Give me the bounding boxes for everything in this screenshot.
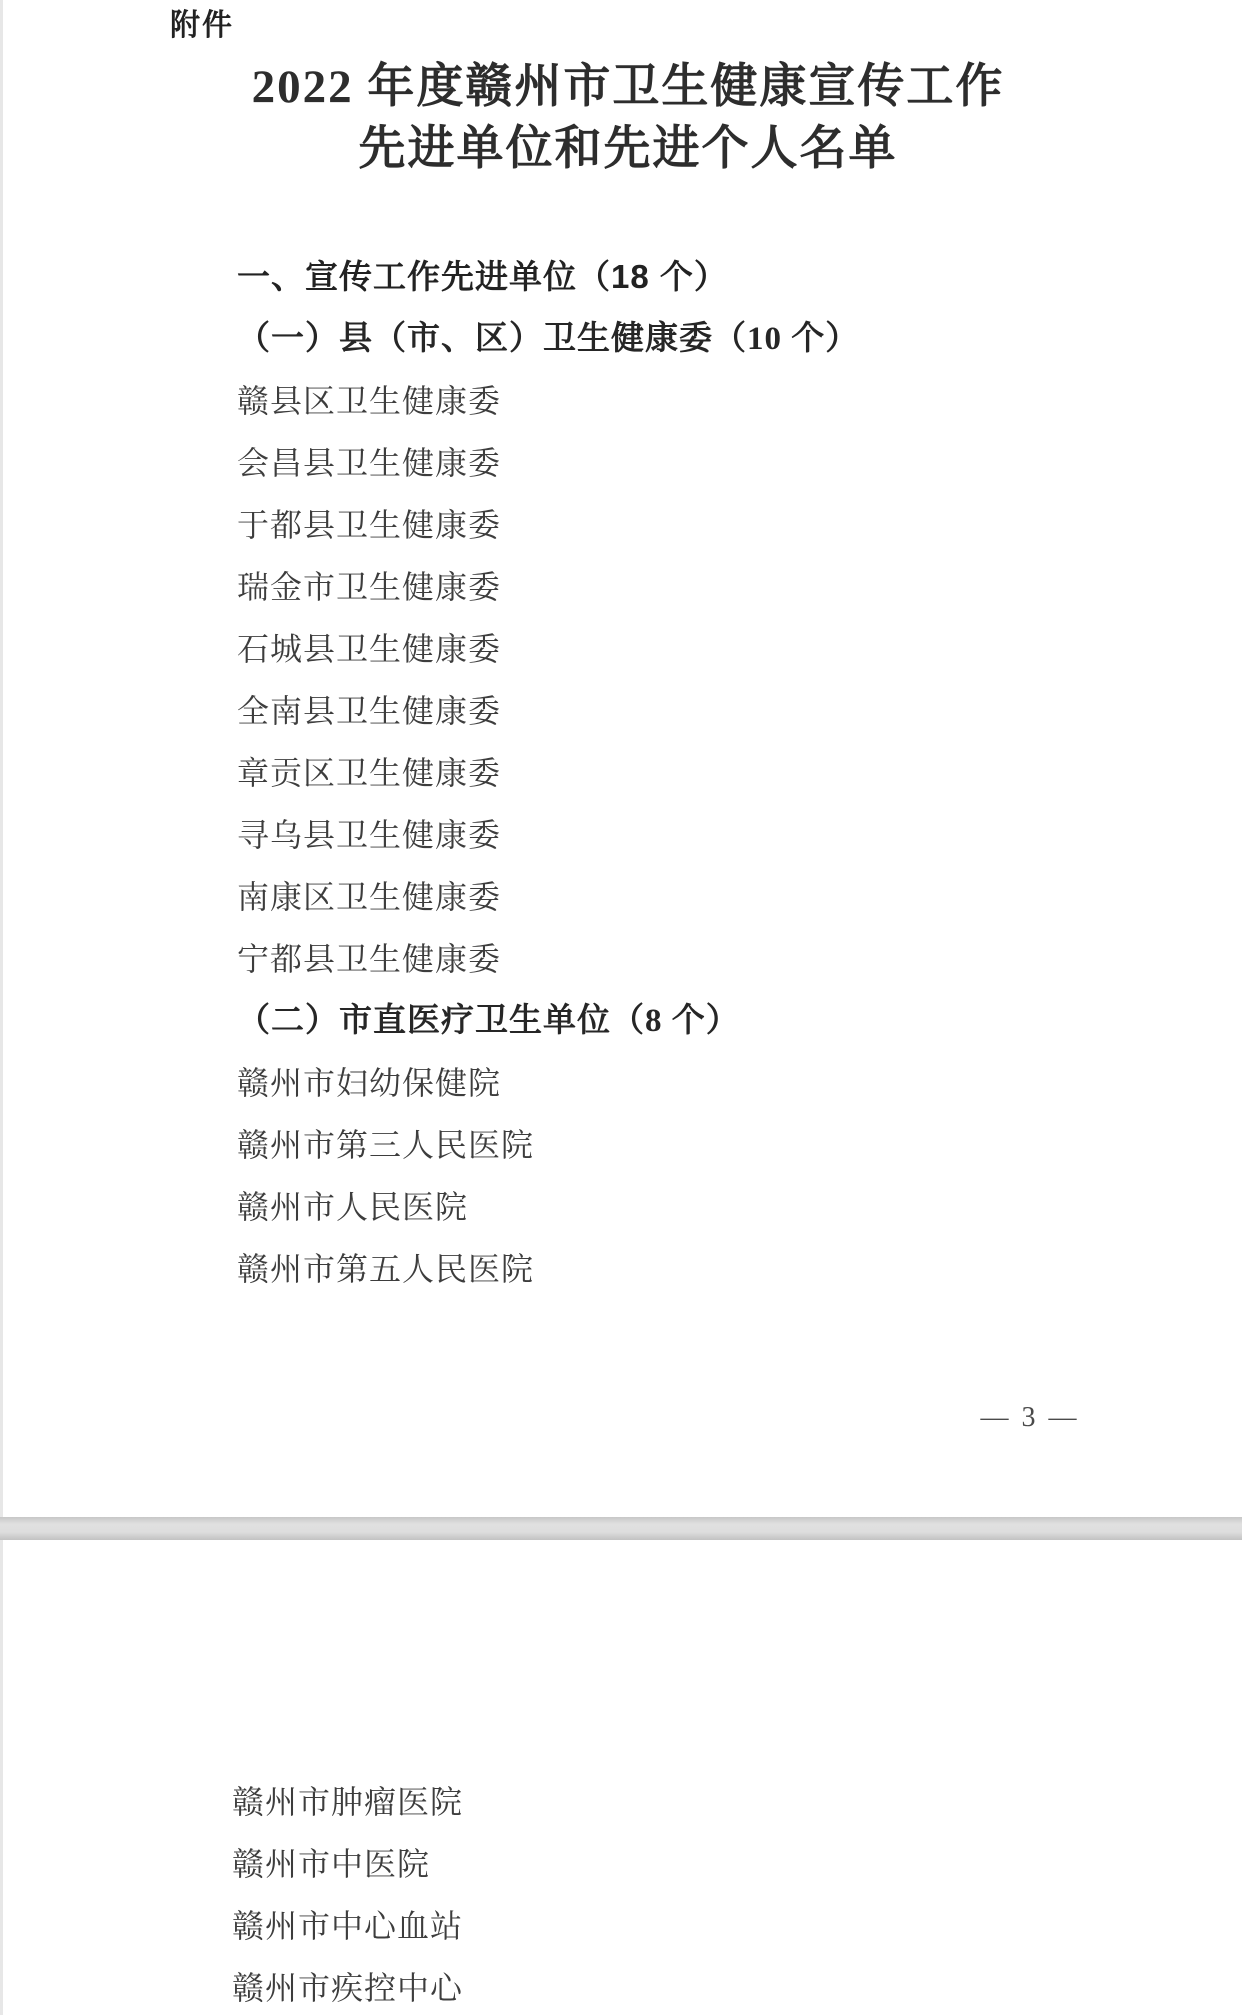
list-item: 石城县卫生健康委: [237, 618, 1137, 680]
subsection-1-heading: （一）县（市、区）卫生健康委（10 个）: [237, 308, 1137, 370]
document-page-1: 附件 2022 年度赣州市卫生健康宣传工作 先进单位和先进个人名单 一、宣传工作…: [0, 0, 1242, 1517]
section-1-heading: 一、宣传工作先进单位（18 个）: [237, 246, 1137, 308]
document-title-line-2: 先进单位和先进个人名单: [14, 118, 1242, 180]
list-item: 赣州市中医院: [232, 1833, 463, 1895]
document-page-2: 赣州市肿瘤医院 赣州市中医院 赣州市中心血站 赣州市疾控中心: [0, 1540, 1242, 2015]
list-item: 于都县卫生健康委: [237, 494, 1137, 556]
attachment-label: 附件: [170, 6, 234, 46]
list-item: 全南县卫生健康委: [237, 680, 1137, 742]
list-item: 赣州市肿瘤医院: [232, 1771, 463, 1833]
list-item: 赣州市妇幼保健院: [237, 1052, 1137, 1114]
list-item: 南康区卫生健康委: [237, 866, 1137, 928]
list-item: 瑞金市卫生健康委: [237, 556, 1137, 618]
list-item: 赣州市人民医院: [237, 1176, 1137, 1238]
list-item: 赣州市第三人民医院: [237, 1114, 1137, 1176]
document-title: 2022 年度赣州市卫生健康宣传工作 先进单位和先进个人名单: [0, 56, 1242, 180]
list-item: 赣县区卫生健康委: [237, 370, 1137, 432]
page-number: — 3 —: [940, 1398, 1120, 1438]
document-body-continued: 赣州市肿瘤医院 赣州市中医院 赣州市中心血站 赣州市疾控中心: [232, 1771, 463, 2015]
list-item: 宁都县卫生健康委: [237, 928, 1137, 990]
list-item: 赣州市中心血站: [232, 1895, 463, 1957]
document-title-line-1: 2022 年度赣州市卫生健康宣传工作: [14, 56, 1242, 118]
page-separator: [0, 1517, 1242, 1540]
list-item: 章贡区卫生健康委: [237, 742, 1137, 804]
list-item: 会昌县卫生健康委: [237, 432, 1137, 494]
subsection-2-heading: （二）市直医疗卫生单位（8 个）: [237, 990, 1137, 1052]
list-item: 赣州市第五人民医院: [237, 1238, 1137, 1300]
list-item: 寻乌县卫生健康委: [237, 804, 1137, 866]
document-body: 一、宣传工作先进单位（18 个） （一）县（市、区）卫生健康委（10 个） 赣县…: [237, 246, 1137, 1300]
list-item: 赣州市疾控中心: [232, 1957, 463, 2015]
document-view: 附件 2022 年度赣州市卫生健康宣传工作 先进单位和先进个人名单 一、宣传工作…: [0, 0, 1242, 2015]
